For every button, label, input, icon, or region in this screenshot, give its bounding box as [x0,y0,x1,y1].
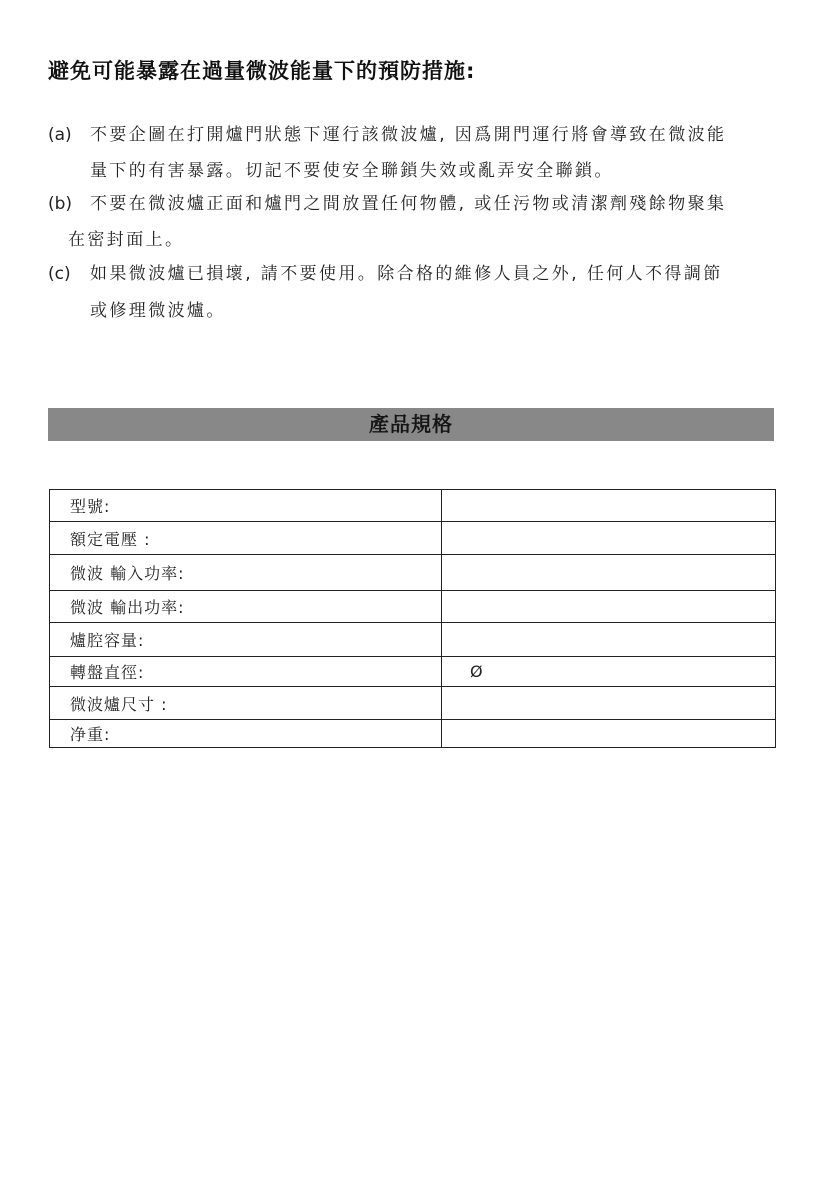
spec-value-oven-dimensions [442,687,776,720]
precaution-text-line2: 量下的有害暴露。切記不要使安全聯鎖失效或亂弄安全聯鎖。 [48,153,726,189]
precaution-text-line1: 不要在微波爐正面和爐門之間放置任何物體, 或任污物或清潔劑殘餘物聚集 [90,194,726,214]
spec-value-net-weight [442,720,776,748]
spec-value-rated-voltage [442,522,776,555]
table-row: 轉盤直徑: Ø [50,657,776,687]
precaution-text-line2: 在密封面上。 [48,222,726,258]
spec-value-turntable-diameter: Ø [442,657,776,687]
precaution-text-line1: 如果微波爐已損壞, 請不要使用。除合格的維修人員之外, 任何人不得調節 [90,264,723,284]
precaution-text-line2: 或修理微波爐。 [48,293,723,329]
section-banner: 產品規格 [48,408,774,441]
spec-value-microwave-output-power [442,591,776,623]
precaution-text-line1: 不要企圖在打開爐門狀態下運行該微波爐, 因爲開門運行將會導致在微波能 [90,125,726,145]
spec-label-model: 型號: [50,490,442,522]
spec-value-oven-capacity [442,623,776,657]
precaution-c: (c)如果微波爐已損壞, 請不要使用。除合格的維修人員之外, 任何人不得調節 或… [48,256,723,329]
table-row: 微波 輸入功率: [50,555,776,591]
spec-label-net-weight: 净重: [50,720,442,748]
precaution-marker: (c) [48,256,90,292]
table-row: 微波爐尺寸 : [50,687,776,720]
precaution-marker: (b) [48,186,90,222]
spec-label-oven-capacity: 爐腔容量: [50,623,442,657]
table-row: 爐腔容量: [50,623,776,657]
table-row: 微波 輸出功率: [50,591,776,623]
spec-label-microwave-input-power: 微波 輸入功率: [50,555,442,591]
spec-label-microwave-output-power: 微波 輸出功率: [50,591,442,623]
spec-table: 型號: 額定電壓 : 微波 輸入功率: 微波 輸出功率: 爐腔容量: 轉盤直徑:… [49,489,776,748]
precaution-a: (a)不要企圖在打開爐門狀態下運行該微波爐, 因爲開門運行將會導致在微波能 量下… [48,117,726,189]
spec-value-microwave-input-power [442,555,776,591]
spec-label-turntable-diameter: 轉盤直徑: [50,657,442,687]
section-banner-title: 產品規格 [369,412,453,436]
precaution-b: (b)不要在微波爐正面和爐門之間放置任何物體, 或任污物或清潔劑殘餘物聚集 在密… [48,186,726,258]
table-row: 型號: [50,490,776,522]
spec-label-oven-dimensions: 微波爐尺寸 : [50,687,442,720]
table-row: 净重: [50,720,776,748]
table-row: 額定電壓 : [50,522,776,555]
spec-value-model [442,490,776,522]
spec-label-rated-voltage: 額定電壓 : [50,522,442,555]
page-title: 避免可能暴露在過量微波能量下的預防措施: [48,55,475,85]
precaution-marker: (a) [48,117,90,153]
